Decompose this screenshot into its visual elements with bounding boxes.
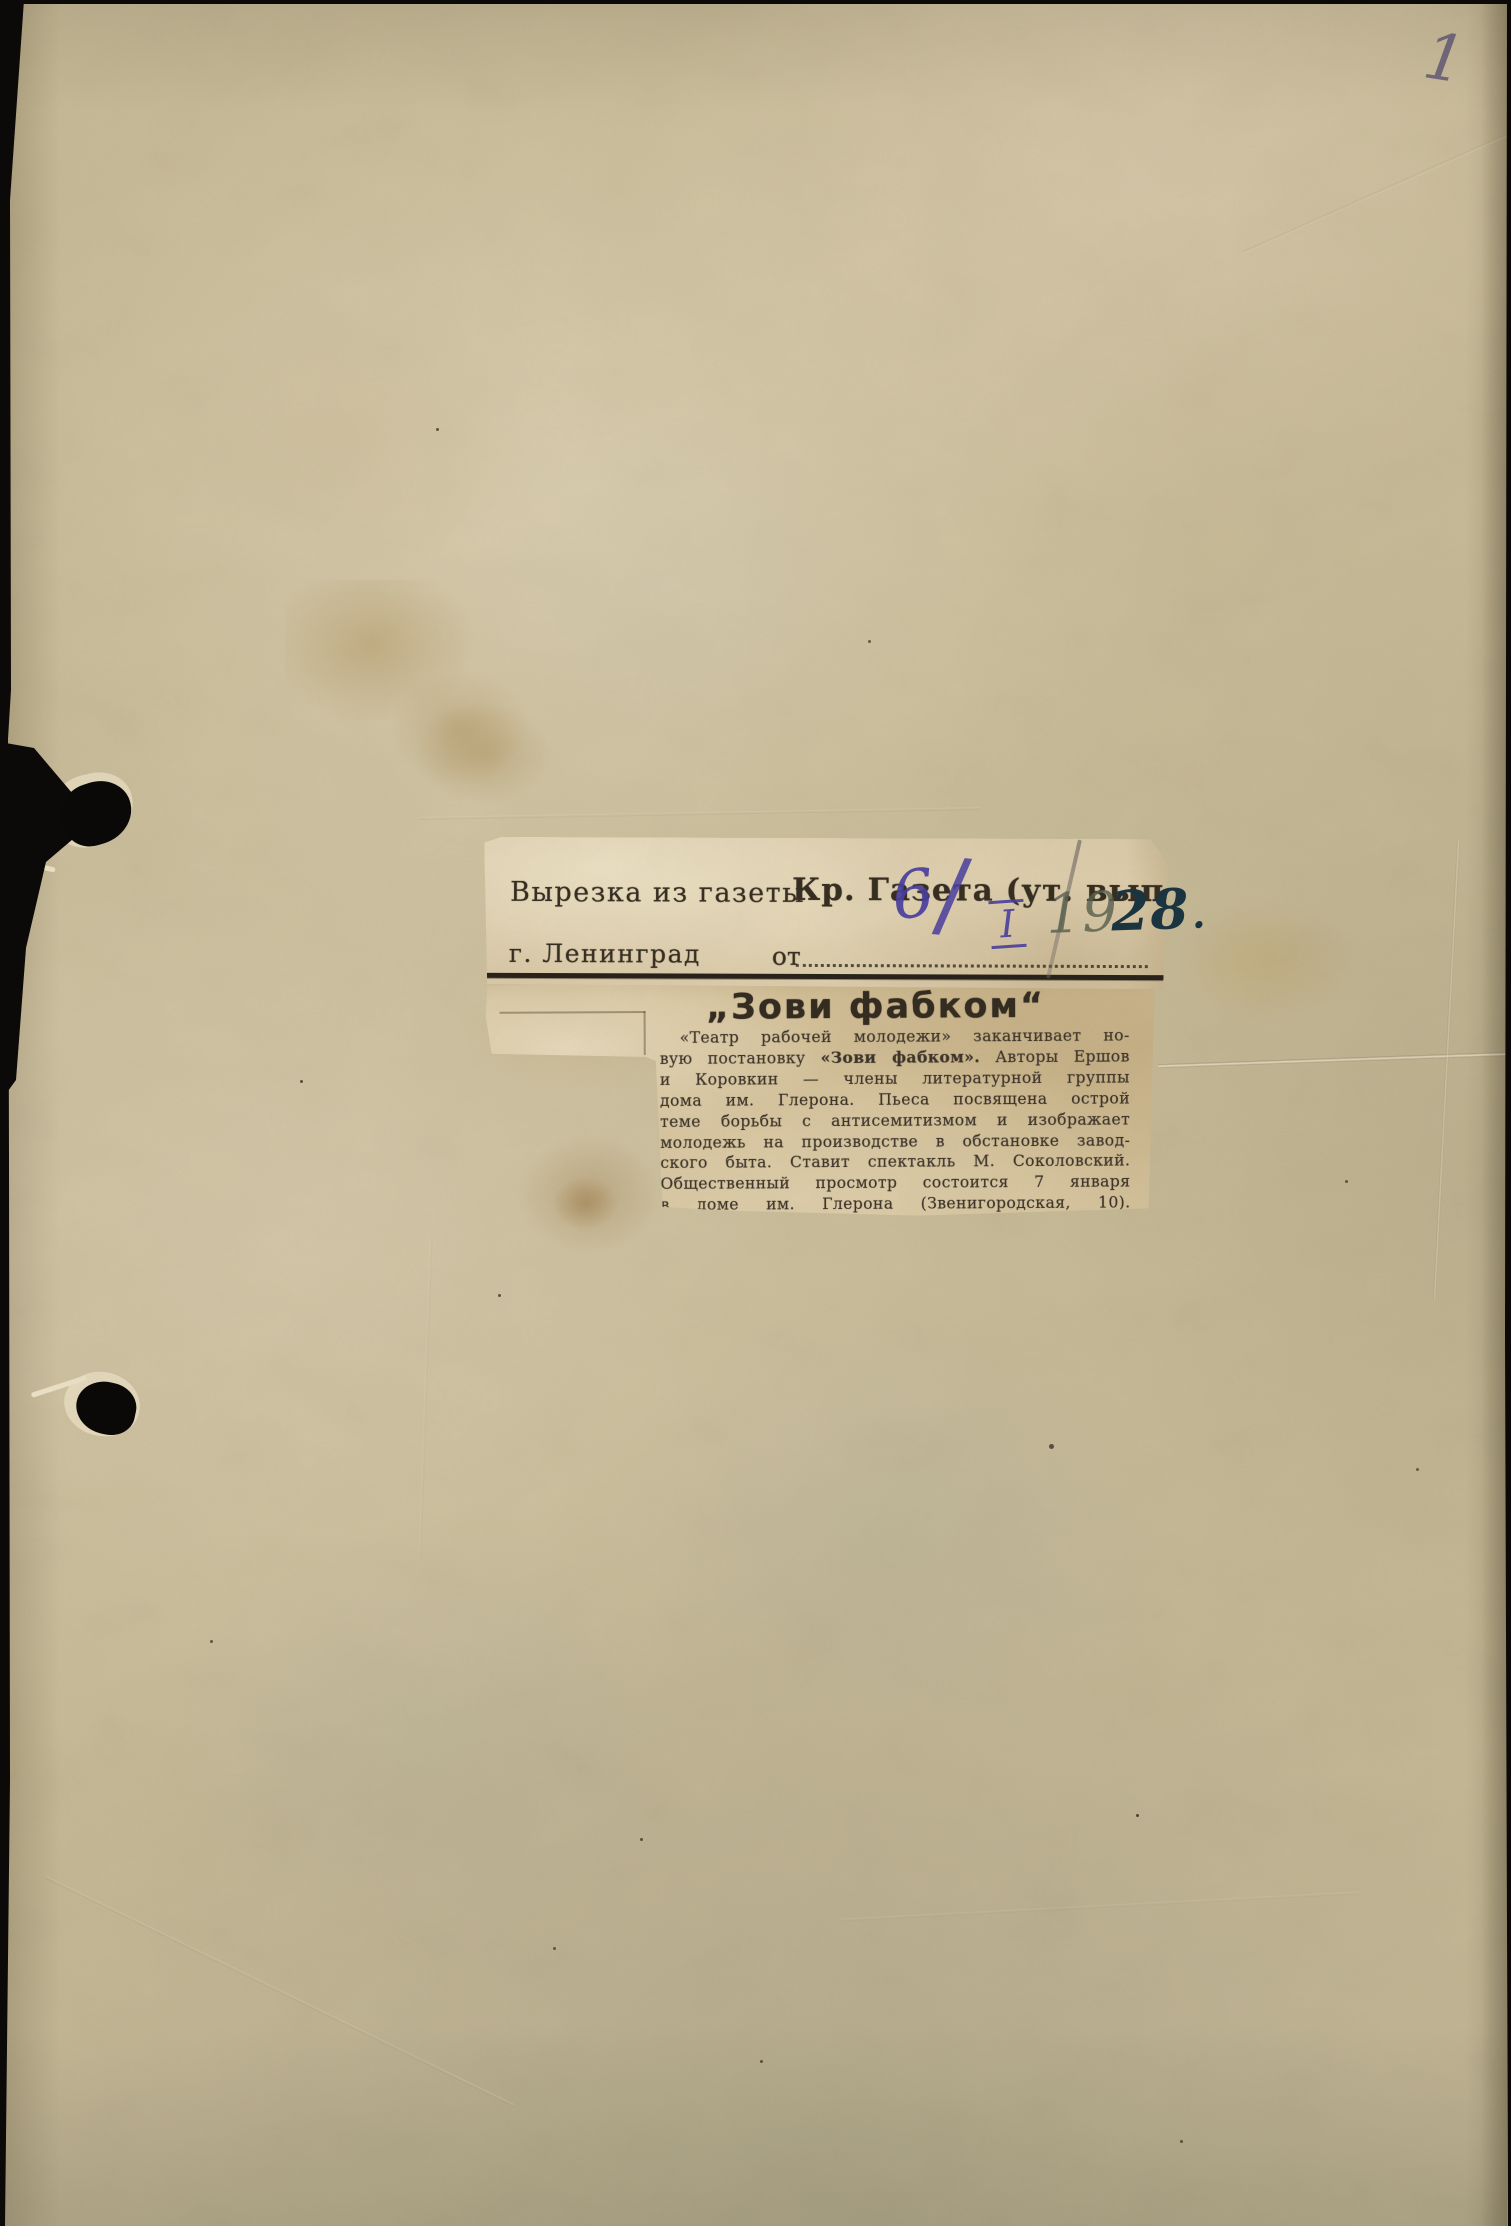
date-dotted-line	[796, 938, 1148, 968]
clipping-body: «Театр рабочей молодежи» заканчивает но-…	[660, 1025, 1131, 1216]
clipping-body-line: дома им. Глерона. Пьеса посвящена острой	[660, 1088, 1130, 1111]
clipping-fold-line-horizontal	[500, 1011, 646, 1014]
clipping-body-line: вую постановку «Зови фабком». Авторы Ерш…	[660, 1046, 1130, 1069]
archive-label-slip: Вырезка из газеты Кр. Газета (ут. вып.) …	[484, 837, 1169, 989]
clipping-body-line: «Театр рабочей молодежи» заканчивает но-	[660, 1025, 1130, 1048]
clipping-headline: „Зови фабком“	[635, 986, 1115, 1029]
label-city: г. Ленинград	[509, 939, 701, 969]
scanned-archive-page: „Зови фабком“ «Театр рабочей молодежи» з…	[0, 0, 1511, 2226]
right-edge-shadow	[1481, 0, 1507, 2226]
clipping-body-line: ского быта. Ставит спектакль М. Соколовс…	[660, 1151, 1130, 1174]
label-title-left: Вырезка из газеты	[510, 877, 805, 909]
label-rule	[486, 973, 1166, 980]
clipping-body-line: и Коровкин — члены литературной группы	[660, 1067, 1130, 1090]
clipping-body-line: Общественный просмотр состоится 7 января	[660, 1172, 1130, 1195]
label-title-right: Кр. Газета (ут. вып.)	[792, 872, 1192, 909]
clipping-body-line: теме борьбы с антисемитизмом и изображае…	[660, 1109, 1130, 1132]
clipping-body-line: молодежь на производстве в обстановке за…	[660, 1130, 1130, 1153]
clipping-fold-line-vertical	[644, 1011, 646, 1055]
